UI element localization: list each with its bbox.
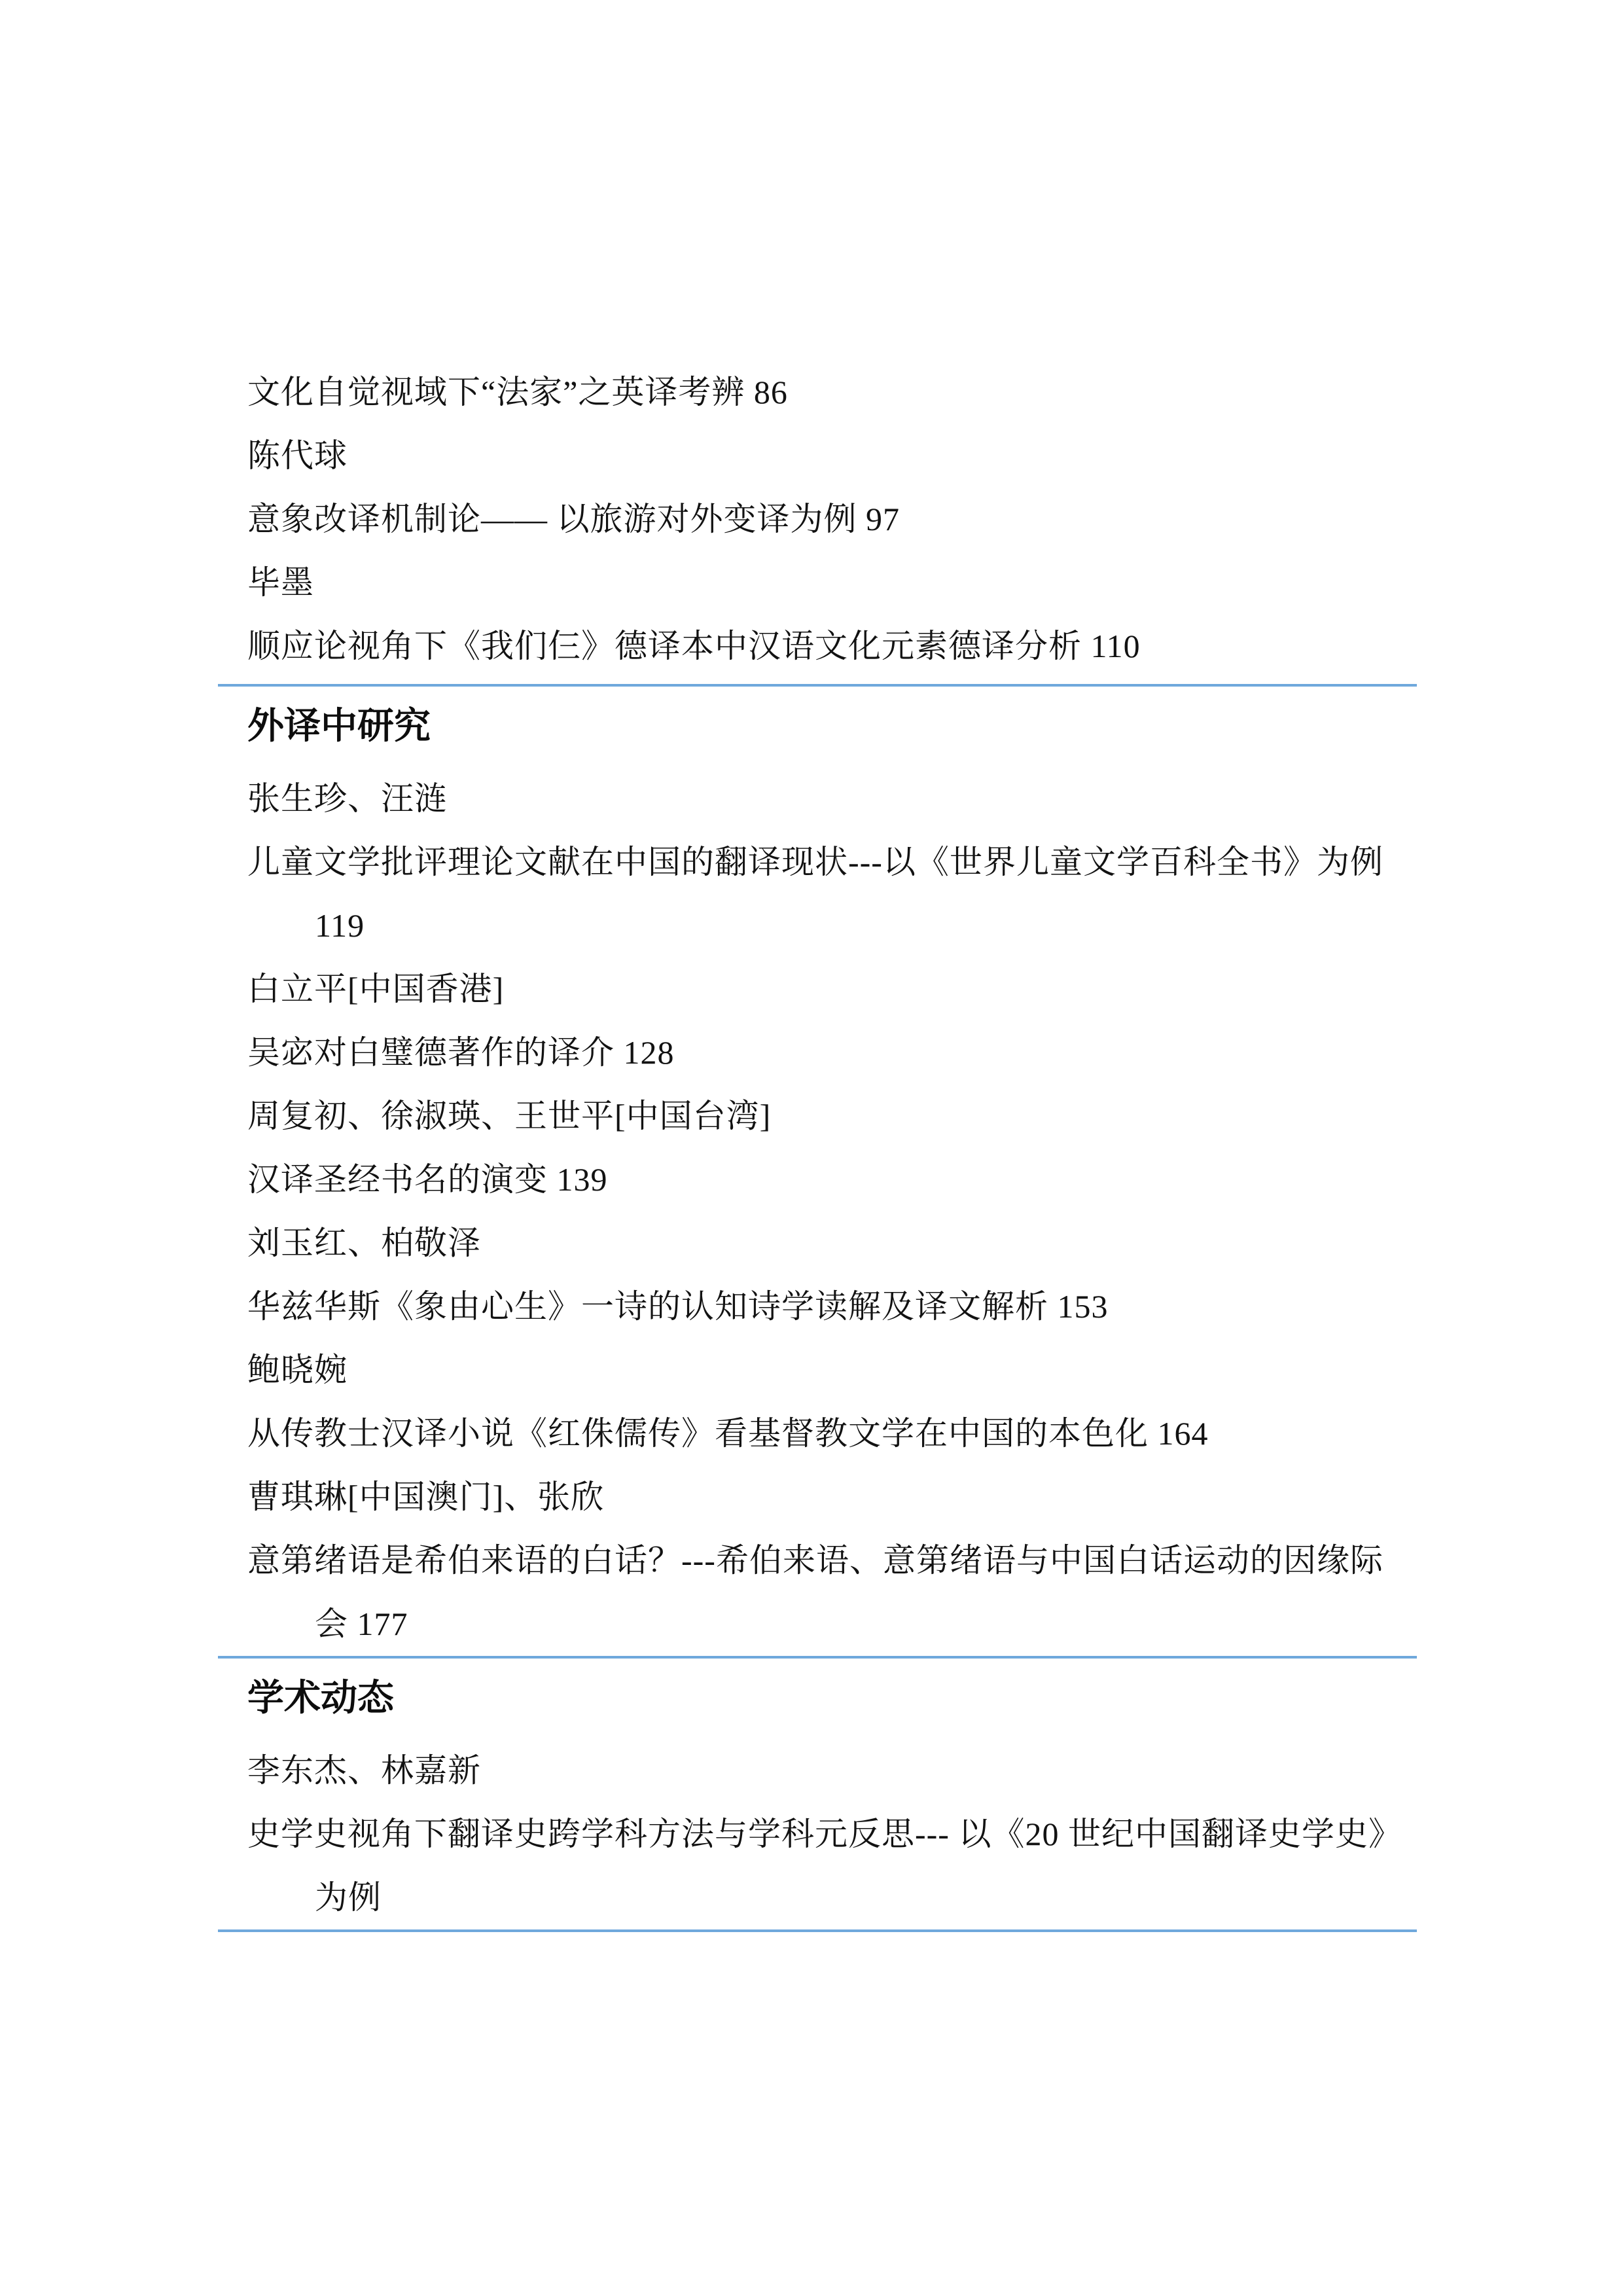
toc-section-foreign-to-chinese: 外译中研究 张生珍、汪涟 儿童文学批评理论文献在中国的翻译现状---以《世界儿童… — [218, 694, 1417, 1656]
toc-entry-title: 意象改译机制论—— 以旅游对外变译为例 97 — [218, 488, 1417, 551]
toc-authors: 李东杰、林嘉新 — [218, 1739, 1417, 1803]
toc-authors: 陈代球 — [218, 424, 1417, 488]
toc-entry-title: 史学史视角下翻译史跨学科方法与学科元反思--- 以《20 世纪中国翻译史学史》 — [218, 1803, 1417, 1866]
section-divider — [218, 1929, 1417, 1932]
document-page: 文化自觉视域下“法家”之英译考辨 86 陈代球 意象改译机制论—— 以旅游对外变… — [0, 0, 1623, 2296]
section-header: 外译中研究 — [218, 694, 1417, 757]
toc-authors: 毕墨 — [218, 551, 1417, 615]
toc-entry-title: 文化自觉视域下“法家”之英译考辨 86 — [218, 361, 1417, 424]
toc-authors: 张生珍、汪涟 — [218, 767, 1417, 831]
toc-entry-title: 顺应论视角下《我们仨》德译本中汉语文化元素德译分析 110 — [218, 615, 1417, 678]
section-header: 学术动态 — [218, 1666, 1417, 1729]
toc-authors: 刘玉红、柏敬泽 — [218, 1211, 1417, 1275]
toc-entry-continuation: 为例 — [218, 1866, 1417, 1929]
toc-entry-continuation: 会 177 — [218, 1592, 1417, 1656]
toc-entry-title: 华兹华斯《象由心生》一诗的认知诗学读解及译文解析 153 — [218, 1275, 1417, 1338]
toc-authors: 白立平[中国香港] — [218, 958, 1417, 1021]
section-divider — [218, 1656, 1417, 1659]
toc-entry-title: 儿童文学批评理论文献在中国的翻译现状---以《世界儿童文学百科全书》为例 — [218, 831, 1417, 894]
toc-section-academic-news: 学术动态 李东杰、林嘉新 史学史视角下翻译史跨学科方法与学科元反思--- 以《2… — [218, 1666, 1417, 1929]
toc-entry-title: 汉译圣经书名的演变 139 — [218, 1148, 1417, 1211]
toc-entry-continuation: 119 — [218, 894, 1417, 958]
toc-entry-title: 意第绪语是希伯来语的白话？---希伯来语、意第绪语与中国白话运动的因缘际 — [218, 1529, 1417, 1592]
toc-authors: 曹琪琳[中国澳门]、张欣 — [218, 1465, 1417, 1529]
toc-authors: 周复初、徐淑瑛、王世平[中国台湾] — [218, 1085, 1417, 1148]
toc-content: 文化自觉视域下“法家”之英译考辨 86 陈代球 意象改译机制论—— 以旅游对外变… — [218, 0, 1417, 1932]
toc-section-front: 文化自觉视域下“法家”之英译考辨 86 陈代球 意象改译机制论—— 以旅游对外变… — [218, 361, 1417, 678]
toc-entry-title: 从传教士汉译小说《红侏儒传》看基督教文学在中国的本色化 164 — [218, 1402, 1417, 1465]
section-divider — [218, 684, 1417, 687]
toc-entry-title: 吴宓对白璧德著作的译介 128 — [218, 1021, 1417, 1085]
toc-authors: 鲍晓婉 — [218, 1338, 1417, 1402]
